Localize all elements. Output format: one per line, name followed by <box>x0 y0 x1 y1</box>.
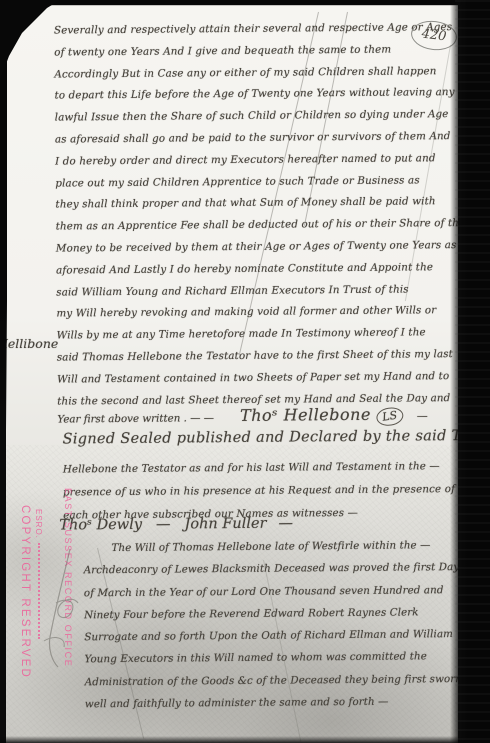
will-body-line: aforesaid And Lastly I do hereby nominat… <box>56 257 454 282</box>
probate-clause: The Will of Thomas Hellebone late of Wes… <box>83 534 445 716</box>
probate-line: Ninety Four before the Reverend Edward R… <box>84 601 444 626</box>
probate-line: Surrogate and so forth Upon the Oath of … <box>84 623 444 648</box>
will-body-line: as aforesaid shall go and be paid to the… <box>55 126 453 151</box>
will-body-line: said Thomas Hellebone the Testator have … <box>57 344 455 369</box>
will-body-line: Severally and respectively attain their … <box>54 17 452 42</box>
pencil-scribble <box>26 545 96 675</box>
probate-line: of March in the Year of our Lord One Tho… <box>84 579 444 604</box>
scanned-will-page: Severally and respectively attain their … <box>0 0 490 743</box>
will-body-line: I do hereby order and direct my Executor… <box>55 148 453 173</box>
attestation-line: Hellebone the Testator as and for his la… <box>63 455 455 481</box>
scan-border-texture <box>455 0 490 743</box>
closing-signature-row: Year first above written . — — Thoˢ Hell… <box>57 404 455 428</box>
probate-line: Administration of the Goods &c of the De… <box>85 668 445 693</box>
margin-note-surname: Hellibone <box>6 336 58 351</box>
flourish-dash: — <box>417 409 428 422</box>
probate-line: well and faithfully to administer the sa… <box>85 690 445 715</box>
attestation-opening: Signed Sealed published and Declared by … <box>62 428 454 447</box>
folio-number: 420 <box>421 27 447 45</box>
closing-text: Year first above written . — — <box>57 412 214 425</box>
scan-border-top <box>0 0 490 6</box>
will-body-line: Will and Testament contained in two Shee… <box>57 366 455 391</box>
esro-stamp-text: ESRO. <box>34 509 43 539</box>
scan-border-bottom <box>0 736 490 743</box>
flourish-dash: — <box>278 515 293 531</box>
testator-signature: Thoˢ Hellebone <box>240 405 371 425</box>
probate-line: Archdeaconry of Lewes Blacksmith Decease… <box>84 556 444 581</box>
probate-line: Young Executors in this Will named to wh… <box>84 646 444 671</box>
flourish-dash: — <box>156 517 171 533</box>
witness-signature-2: John Fuller <box>184 516 266 533</box>
will-body-line: Money to be received by them at their Ag… <box>56 235 454 260</box>
attestation-line: presence of us who in his presence at hi… <box>63 478 455 504</box>
manuscript-paper: Severally and respectively attain their … <box>6 5 458 743</box>
probate-line: The Will of Thomas Hellebone late of Wes… <box>83 534 443 559</box>
will-body: Severally and respectively attain their … <box>54 17 455 413</box>
witness-signatures: Thoˢ Dewly — John Fuller — <box>59 514 451 533</box>
wax-seal-mark: LS <box>375 406 404 428</box>
